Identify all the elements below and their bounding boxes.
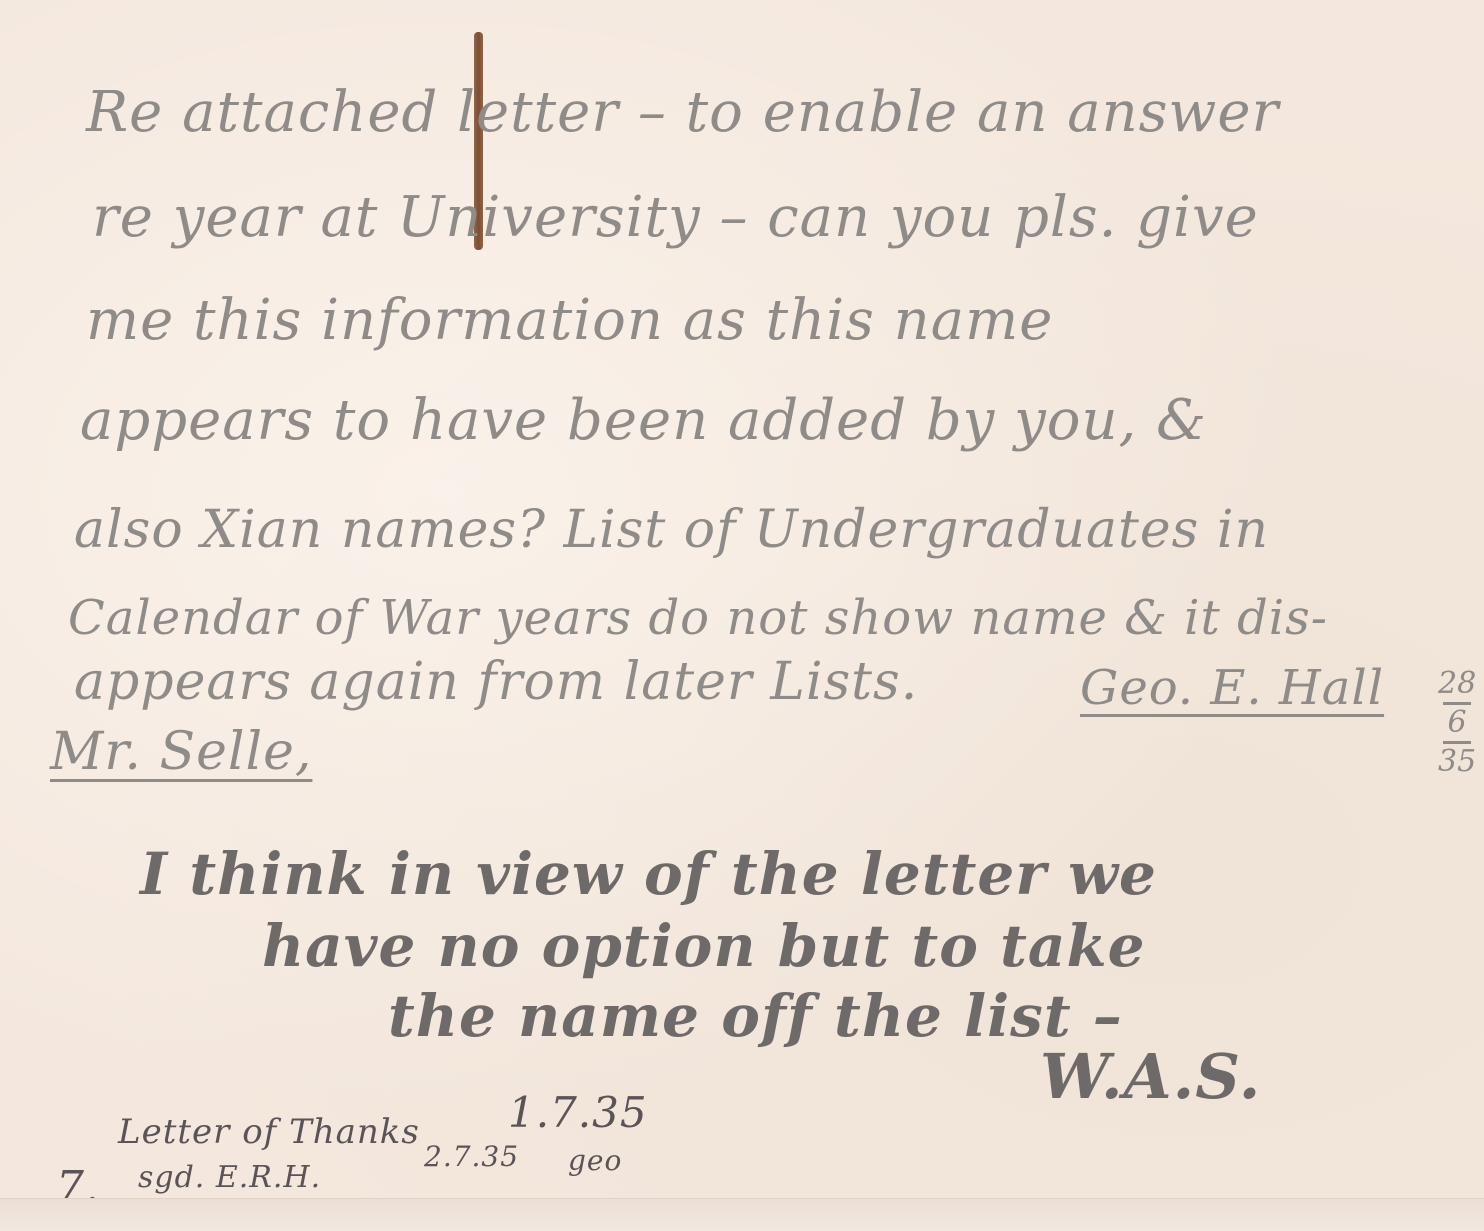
pencil-line-6: Calendar of War years do not show name &… (68, 590, 1328, 646)
pencil-line-2: re year at University – can you pls. giv… (92, 185, 1259, 250)
annotation-letter-of-thanks: Letter of Thanks (118, 1112, 420, 1152)
annotation-date: 1.7.35 (508, 1088, 648, 1137)
paper-bottom-edge (0, 1198, 1484, 1231)
ink-line-1: I think in view of the letter we (140, 840, 1157, 908)
pencil-line-4: appears to have been added by you, & (80, 388, 1207, 453)
ink-line-3: the name off the list – (388, 982, 1123, 1050)
addressee: Mr. Selle, (50, 722, 312, 782)
signature-geo-e-hall: Geo. E. Hall (1080, 660, 1384, 716)
ink-line-2: have no option but to take (262, 912, 1146, 980)
annotation-thanks-date: 2.7.35 (424, 1140, 519, 1173)
annotation-thanks-initials: geo (568, 1144, 622, 1177)
annotation-signed: sgd. E.R.H. (138, 1160, 321, 1195)
initials-was: W.A.S. (1040, 1040, 1261, 1113)
pencil-line-1: Re attached letter – to enable an answer (86, 80, 1279, 145)
date-year: 35 (1438, 744, 1476, 780)
note-paper: Re attached letter – to enable an answer… (0, 0, 1484, 1231)
pencil-line-3: me this information as this name (86, 288, 1053, 353)
pencil-line-5: also Xian names? List of Undergraduates … (74, 500, 1269, 560)
pencil-line-7: appears again from later Lists. (74, 652, 918, 712)
date-month: 6 (1438, 705, 1476, 741)
date-day: 28 (1438, 666, 1476, 702)
date-fraction: 28 6 35 (1438, 666, 1476, 780)
